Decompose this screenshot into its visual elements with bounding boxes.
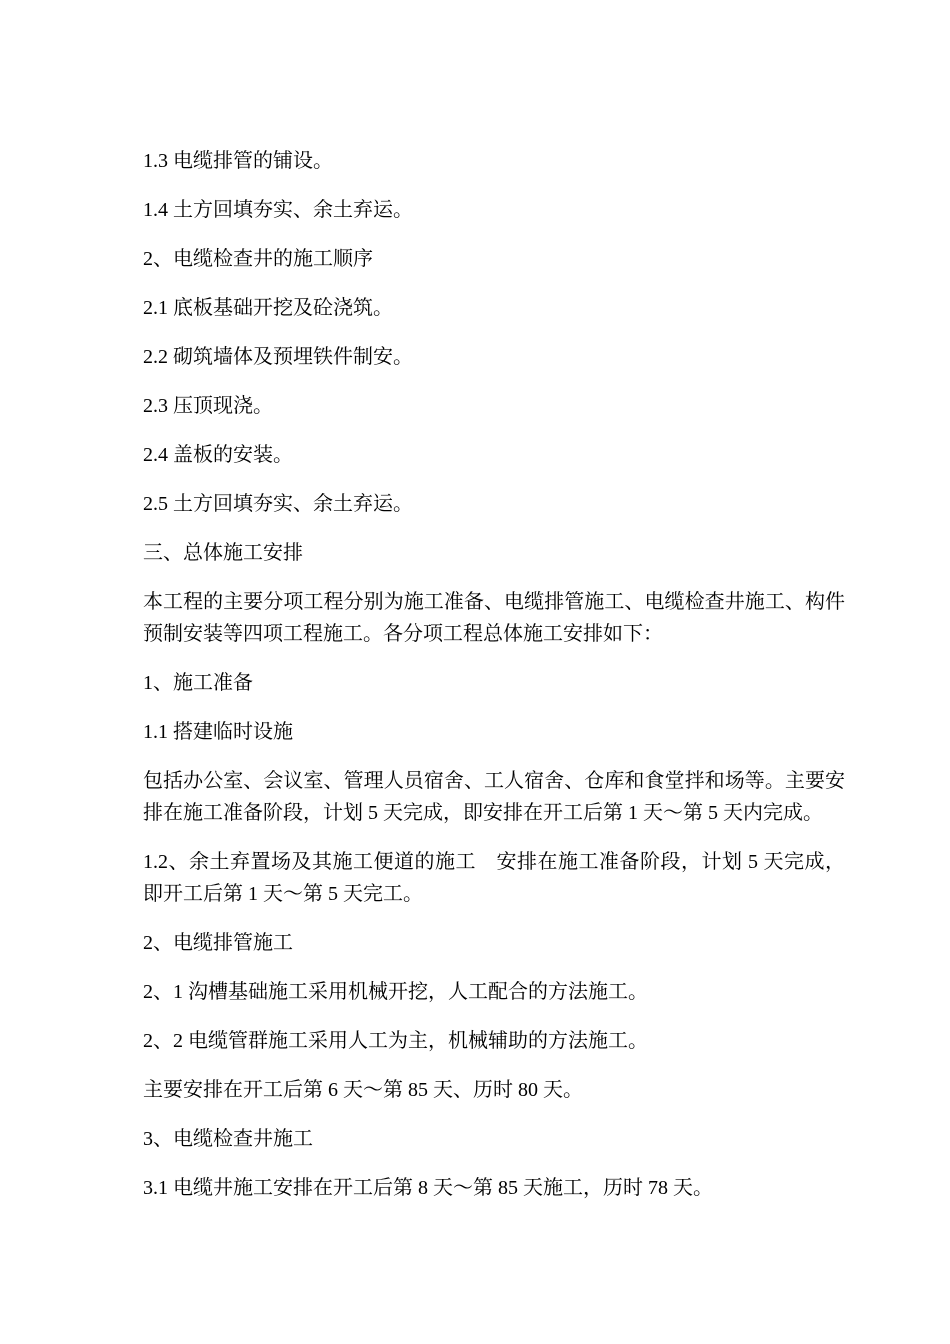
section-heading-3: 三、总体施工安排: [143, 537, 845, 569]
paragraph-temp-facilities-detail: 包括办公室、会议室、管理人员宿舍、工人宿舍、仓库和食堂拌和场等。主要安排在施工准…: [143, 765, 845, 829]
paragraph-item-spoil-ground: 1.2、余土弃置场及其施工便道的施工 安排在施工准备阶段，计划 5 天完成，即开…: [143, 846, 845, 910]
document-page: 1.3 电缆排管的铺设。 1.4 土方回填夯实、余土弃运。 2、电缆检查井的施工…: [0, 0, 950, 1344]
document-text-block: 1.3 电缆排管的铺设。 1.4 土方回填夯实、余土弃运。 2、电缆检查井的施工…: [143, 145, 845, 1221]
paragraph-heading-prep: 1、施工准备: [143, 667, 845, 699]
paragraph-overview: 本工程的主要分项工程分别为施工准备、电缆排管施工、电缆检查井施工、构件预制安装等…: [143, 586, 845, 650]
paragraph-item-2-4: 2.4 盖板的安装。: [143, 439, 845, 471]
paragraph-item-trench: 2、1 沟槽基础施工采用机械开挖，人工配合的方法施工。: [143, 976, 845, 1008]
paragraph-duct-schedule: 主要安排在开工后第 6 天～第 85 天、历时 80 天。: [143, 1074, 845, 1106]
paragraph-item-2-3: 2.3 压顶现浇。: [143, 390, 845, 422]
paragraph-heading-duct-work: 2、电缆排管施工: [143, 927, 845, 959]
paragraph-item-2-5: 2.5 土方回填夯实、余土弃运。: [143, 488, 845, 520]
paragraph-item-duct-group: 2、2 电缆管群施工采用人工为主，机械辅助的方法施工。: [143, 1025, 845, 1057]
paragraph-item-temp-facilities: 1.1 搭建临时设施: [143, 716, 845, 748]
paragraph-item-2-2: 2.2 砌筑墙体及预埋铁件制安。: [143, 341, 845, 373]
paragraph-item-2-1: 2.1 底板基础开挖及砼浇筑。: [143, 292, 845, 324]
paragraph-heading-2: 2、电缆检查井的施工顺序: [143, 243, 845, 275]
paragraph-heading-manhole: 3、电缆检查井施工: [143, 1123, 845, 1155]
paragraph-manhole-schedule: 3.1 电缆井施工安排在开工后第 8 天～第 85 天施工，历时 78 天。: [143, 1172, 845, 1204]
paragraph-item-1-4: 1.4 土方回填夯实、余土弃运。: [143, 194, 845, 226]
paragraph-item-1-3: 1.3 电缆排管的铺设。: [143, 145, 845, 177]
